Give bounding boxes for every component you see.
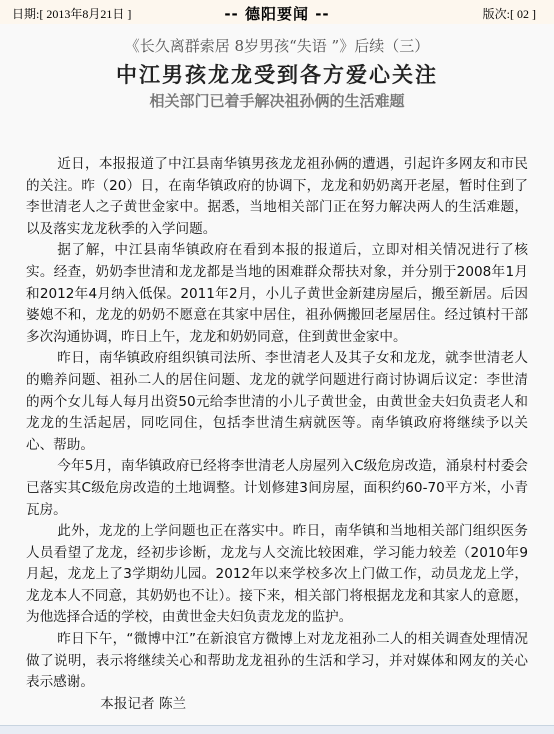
article-subtitle: 相关部门已着手解决祖孙俩的生活难题	[0, 91, 554, 111]
series-title: 《长久离群索居 8岁男孩“失语 ”》后续（三）	[0, 36, 554, 56]
page-header-bar: 日期:[ 2013年8月21日 ] -- 德阳要闻 -- 版次:[ 02 ]	[0, 0, 554, 24]
section-title: -- 德阳要闻 --	[0, 3, 554, 24]
paragraph: 近日，本报报道了中江县南华镇男孩龙龙祖孙俩的遭遇，引起许多网友和市民的关注。昨（…	[26, 154, 528, 240]
article-title: 中江男孩龙龙受到各方爱心关注	[0, 61, 554, 89]
byline: 本报记者 陈兰	[26, 694, 528, 716]
edition-number: 版次:[ 02 ]	[483, 5, 536, 22]
paragraph: 昨日下午，“微博中江”在新浪官方微博上对龙龙祖孙二人的相关调查处理情况做了说明，…	[26, 629, 528, 694]
paragraph: 昨日，南华镇政府组织镇司法所、李世清老人及其子女和龙龙，就李世清老人的赡养问题、…	[26, 348, 528, 456]
headline-block: 《长久离群索居 8岁男孩“失语 ”》后续（三） 中江男孩龙龙受到各方爱心关注 相…	[0, 24, 554, 111]
paragraph: 据了解，中江县南华镇政府在看到本报的报道后，立即对相关情况进行了核实。经查，奶奶…	[26, 240, 528, 348]
paragraph: 今年5月，南华镇政府已经将李世清老人房屋列入C级危房改造，涌泉村村委会已落实其C…	[26, 456, 528, 521]
paragraph: 此外，龙龙的上学问题也正在落实中。昨日，南华镇和当地相关部门组织医务人员看望了龙…	[26, 521, 528, 629]
bottom-bar	[0, 725, 554, 734]
article-body: 近日，本报报道了中江县南华镇男孩龙龙祖孙俩的遭遇，引起许多网友和市民的关注。昨（…	[26, 154, 528, 715]
